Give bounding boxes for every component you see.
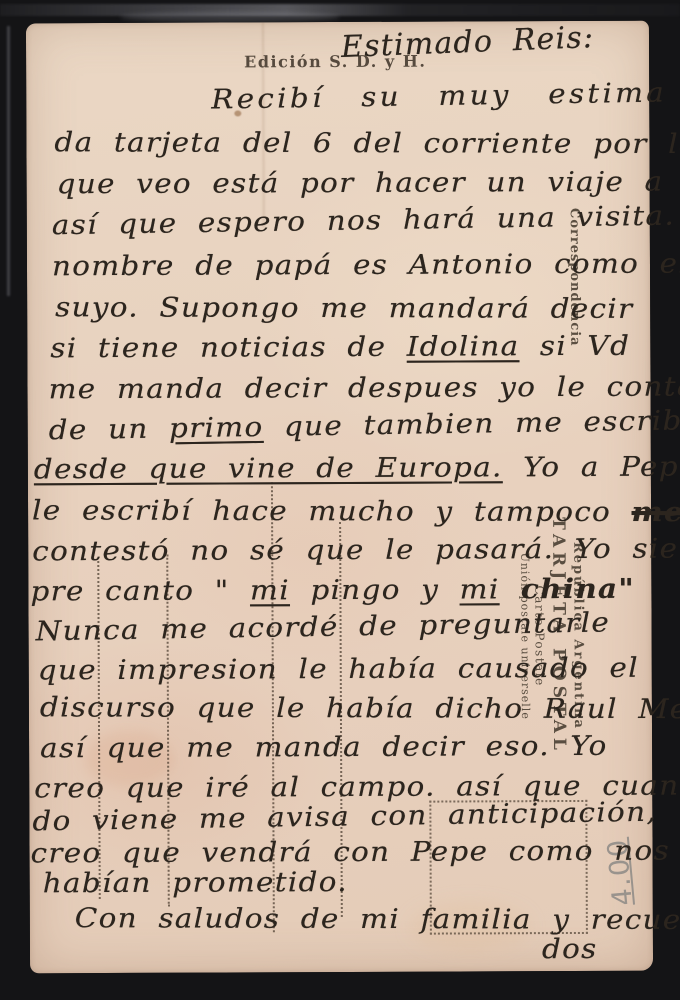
text-segment: que tambien me escribe	[263, 405, 680, 443]
handwritten-line: nombre de papá es Antonio como el	[52, 248, 680, 282]
handwritten-line: que impresion le había causado el	[38, 653, 639, 687]
text-segment: si Vd	[519, 331, 630, 362]
overwritten-word: china"	[499, 574, 635, 606]
handwritten-line: dos	[542, 934, 598, 965]
handwritten-salutation: Estimado Reis:	[340, 20, 595, 65]
handwritten-line: así que espero nos hará una visita. El	[52, 200, 680, 242]
plastic-sleeve-glint-corner	[120, 12, 340, 22]
underlined-phrase: desde que vine de Europa.	[34, 452, 503, 485]
handwritten-line: pre canto " mi pingo y mi china"	[30, 574, 635, 608]
text-segment: le escribí hace mucho y tampoco	[32, 495, 632, 528]
underlined-word: mi	[250, 575, 290, 606]
scanned-postcard-photo: { "printed": { "edition": "Edición S. D.…	[0, 0, 680, 1000]
handwritten-line: si tiene noticias de Idolina si Vd	[50, 331, 630, 365]
handwritten-line: suyo. Supongo me mandará decir	[55, 292, 633, 325]
plastic-sleeve-glint-left	[7, 26, 10, 296]
plastic-sleeve-glint-top	[0, 4, 680, 16]
handwritten-line: discurso que le había dicho Raul Merlo	[40, 692, 680, 725]
text-segment: Yo a Pepe	[503, 451, 680, 483]
underlined-word: primo	[169, 412, 264, 444]
text-segment: pingo y	[290, 574, 460, 606]
handwritten-line: da tarjeta del 6 del corriente por la	[54, 127, 680, 160]
handwritten-line: Con saludos de mi familia y recuer-	[75, 903, 680, 936]
handwritten-line: contestó no sé que le pasará. Yo siem-	[32, 533, 680, 567]
handwritten-line: de un primo que tambien me escribe	[48, 405, 680, 446]
underlined-word: Idolina	[407, 331, 520, 362]
text-segment: pre canto "	[30, 575, 250, 607]
handwritten-line: que veo está por hacer un viaje a esta.	[57, 166, 680, 200]
postcard: Edición S. D. y H. Correspondencia Repúb…	[26, 21, 653, 974]
handwritten-line: me manda decir despues yo le contaré	[48, 371, 680, 405]
handwritten-line: Recibí su muy estima	[211, 77, 667, 115]
scribbled-word: me	[631, 497, 680, 528]
text-segment: de un	[48, 413, 169, 446]
handwritten-line: le escribí hace mucho y tampoco me	[32, 495, 680, 528]
text-segment: si tiene noticias de	[50, 332, 407, 365]
handwritten-line: desde que vine de Europa. Yo a Pepe	[34, 451, 680, 485]
handwritten-line: creo que vendrá con Pepe como nos	[30, 836, 670, 870]
handwritten-line: habían prometido.	[43, 867, 348, 899]
handwritten-line: así que me manda decir eso. Yo	[40, 731, 608, 764]
underlined-word: mi	[460, 574, 500, 605]
